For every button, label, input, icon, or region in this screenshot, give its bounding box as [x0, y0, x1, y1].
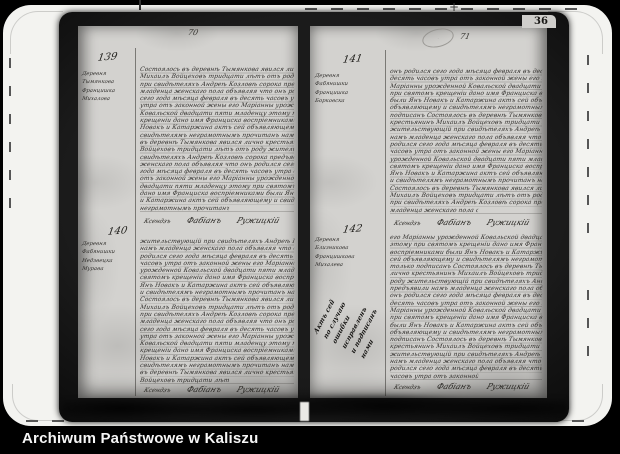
left-page: 70 139 ДеревняТымянковаФранцишкаМихалова… [78, 26, 298, 398]
entry-number-139: 139 [97, 51, 118, 64]
stamp-label: · [437, 35, 439, 40]
registration-cross-icon: + [449, 2, 459, 12]
margin-rule [385, 50, 386, 396]
entry-140-margin-note: ДеревняФабянишкиНедзвецкаМурава [82, 240, 134, 274]
entry-139-signatures: КсендзъФабіанъРужицкій [144, 216, 279, 225]
crop-mark-right [587, 55, 589, 245]
folio-number-left: 70 [187, 28, 199, 37]
sheet-number: 36 [534, 16, 548, 27]
entry-142-signatures: КсендзъФабіанъРужицкій [394, 382, 529, 391]
entry-141-body-text: онъ родился сего года мѣсяца февраля въ … [390, 68, 542, 214]
oval-archive-stamp-icon: · [420, 25, 455, 50]
entry-140-signatures: КсендзъФабіанъРужицкій [144, 385, 279, 394]
crop-mark-right [587, 290, 589, 360]
margin-rule [135, 48, 136, 396]
entry-number-142: 142 [342, 223, 363, 236]
crop-mark-left [9, 58, 11, 208]
entry-139-body-text: Состоялось въ деревнѣ Тымянкова явился л… [140, 66, 294, 212]
entry-139-margin-note: ДеревняТымянковаФранцишкаМихалова [82, 70, 134, 104]
entry-141-signatures: КсендзъФабіанъРужицкій [394, 218, 529, 227]
spine-gap-highlight [300, 402, 309, 421]
entry-142-body-text: его Маріанны урожденной Ковальской двадц… [390, 234, 542, 380]
book-bottom-edge-shadow [62, 394, 567, 420]
entry-140-body-text: жительствующій при свидѣтеляхъ Андреѣ Ко… [140, 238, 294, 384]
right-page: · 71 141 ДеревняФабянишкиФранцишкаБорков… [310, 26, 547, 398]
entry-141-margin-note: ДеревняФабянишкиФранцишкаБорковска [315, 72, 381, 106]
entry-number-141: 141 [342, 53, 363, 66]
folio-number-right: 71 [459, 32, 471, 41]
registration-tick-icon [139, 0, 141, 10]
archive-caption: Archiwum Państwowe w Kaliszu [22, 430, 258, 447]
archive-scan-photo: + + + 70 139 ДеревняТымянковаФранцишкаМи… [0, 0, 620, 454]
crop-mark-top [305, 8, 587, 10]
entry-number-140: 140 [107, 225, 128, 238]
